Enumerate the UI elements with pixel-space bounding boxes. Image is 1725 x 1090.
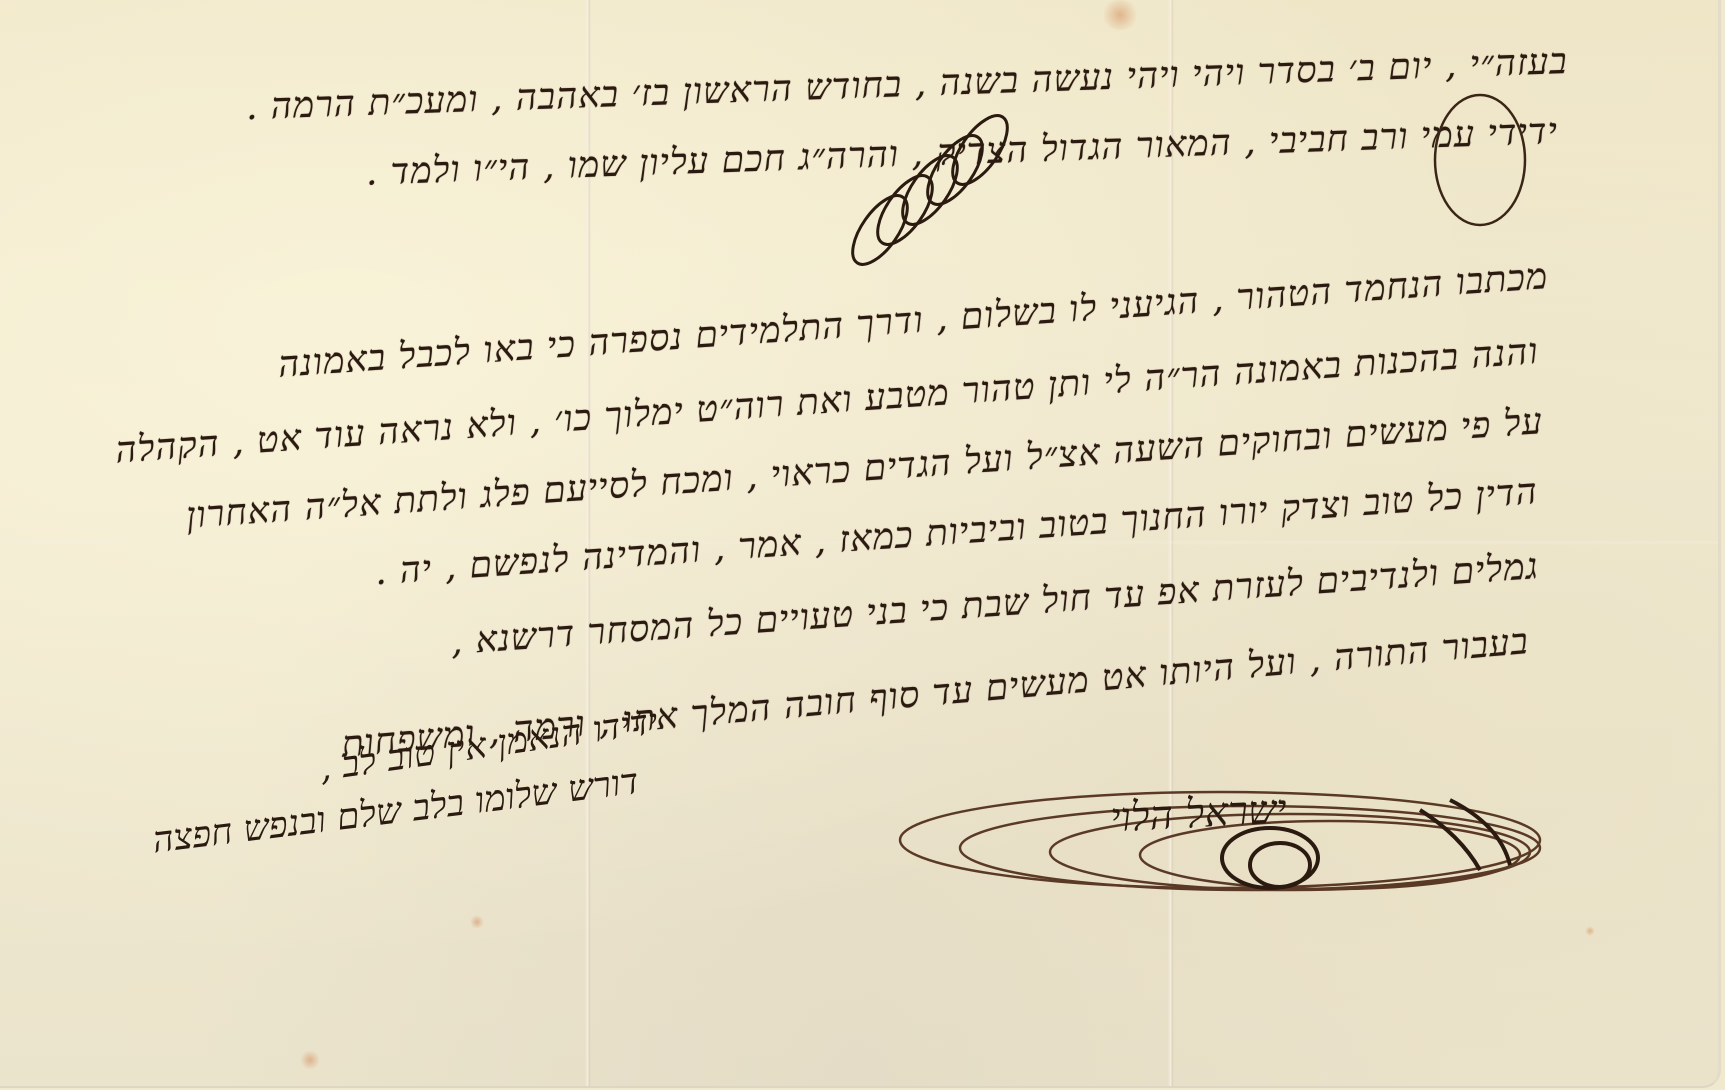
paper-stain: [300, 1050, 320, 1070]
paper-stain: [1585, 926, 1595, 936]
manuscript-page: בעזה״י , יום ב׳ בסדר ויהי ויהי נעשה בשנה…: [0, 0, 1721, 1088]
ink-flourish: [820, 110, 1080, 280]
signature-flourish: [890, 740, 1570, 940]
paper-stain: [1100, 0, 1140, 30]
ink-loop: [1420, 85, 1540, 235]
paper-stain: [470, 915, 484, 929]
signature: ישראל הלוי: [1109, 785, 1288, 841]
